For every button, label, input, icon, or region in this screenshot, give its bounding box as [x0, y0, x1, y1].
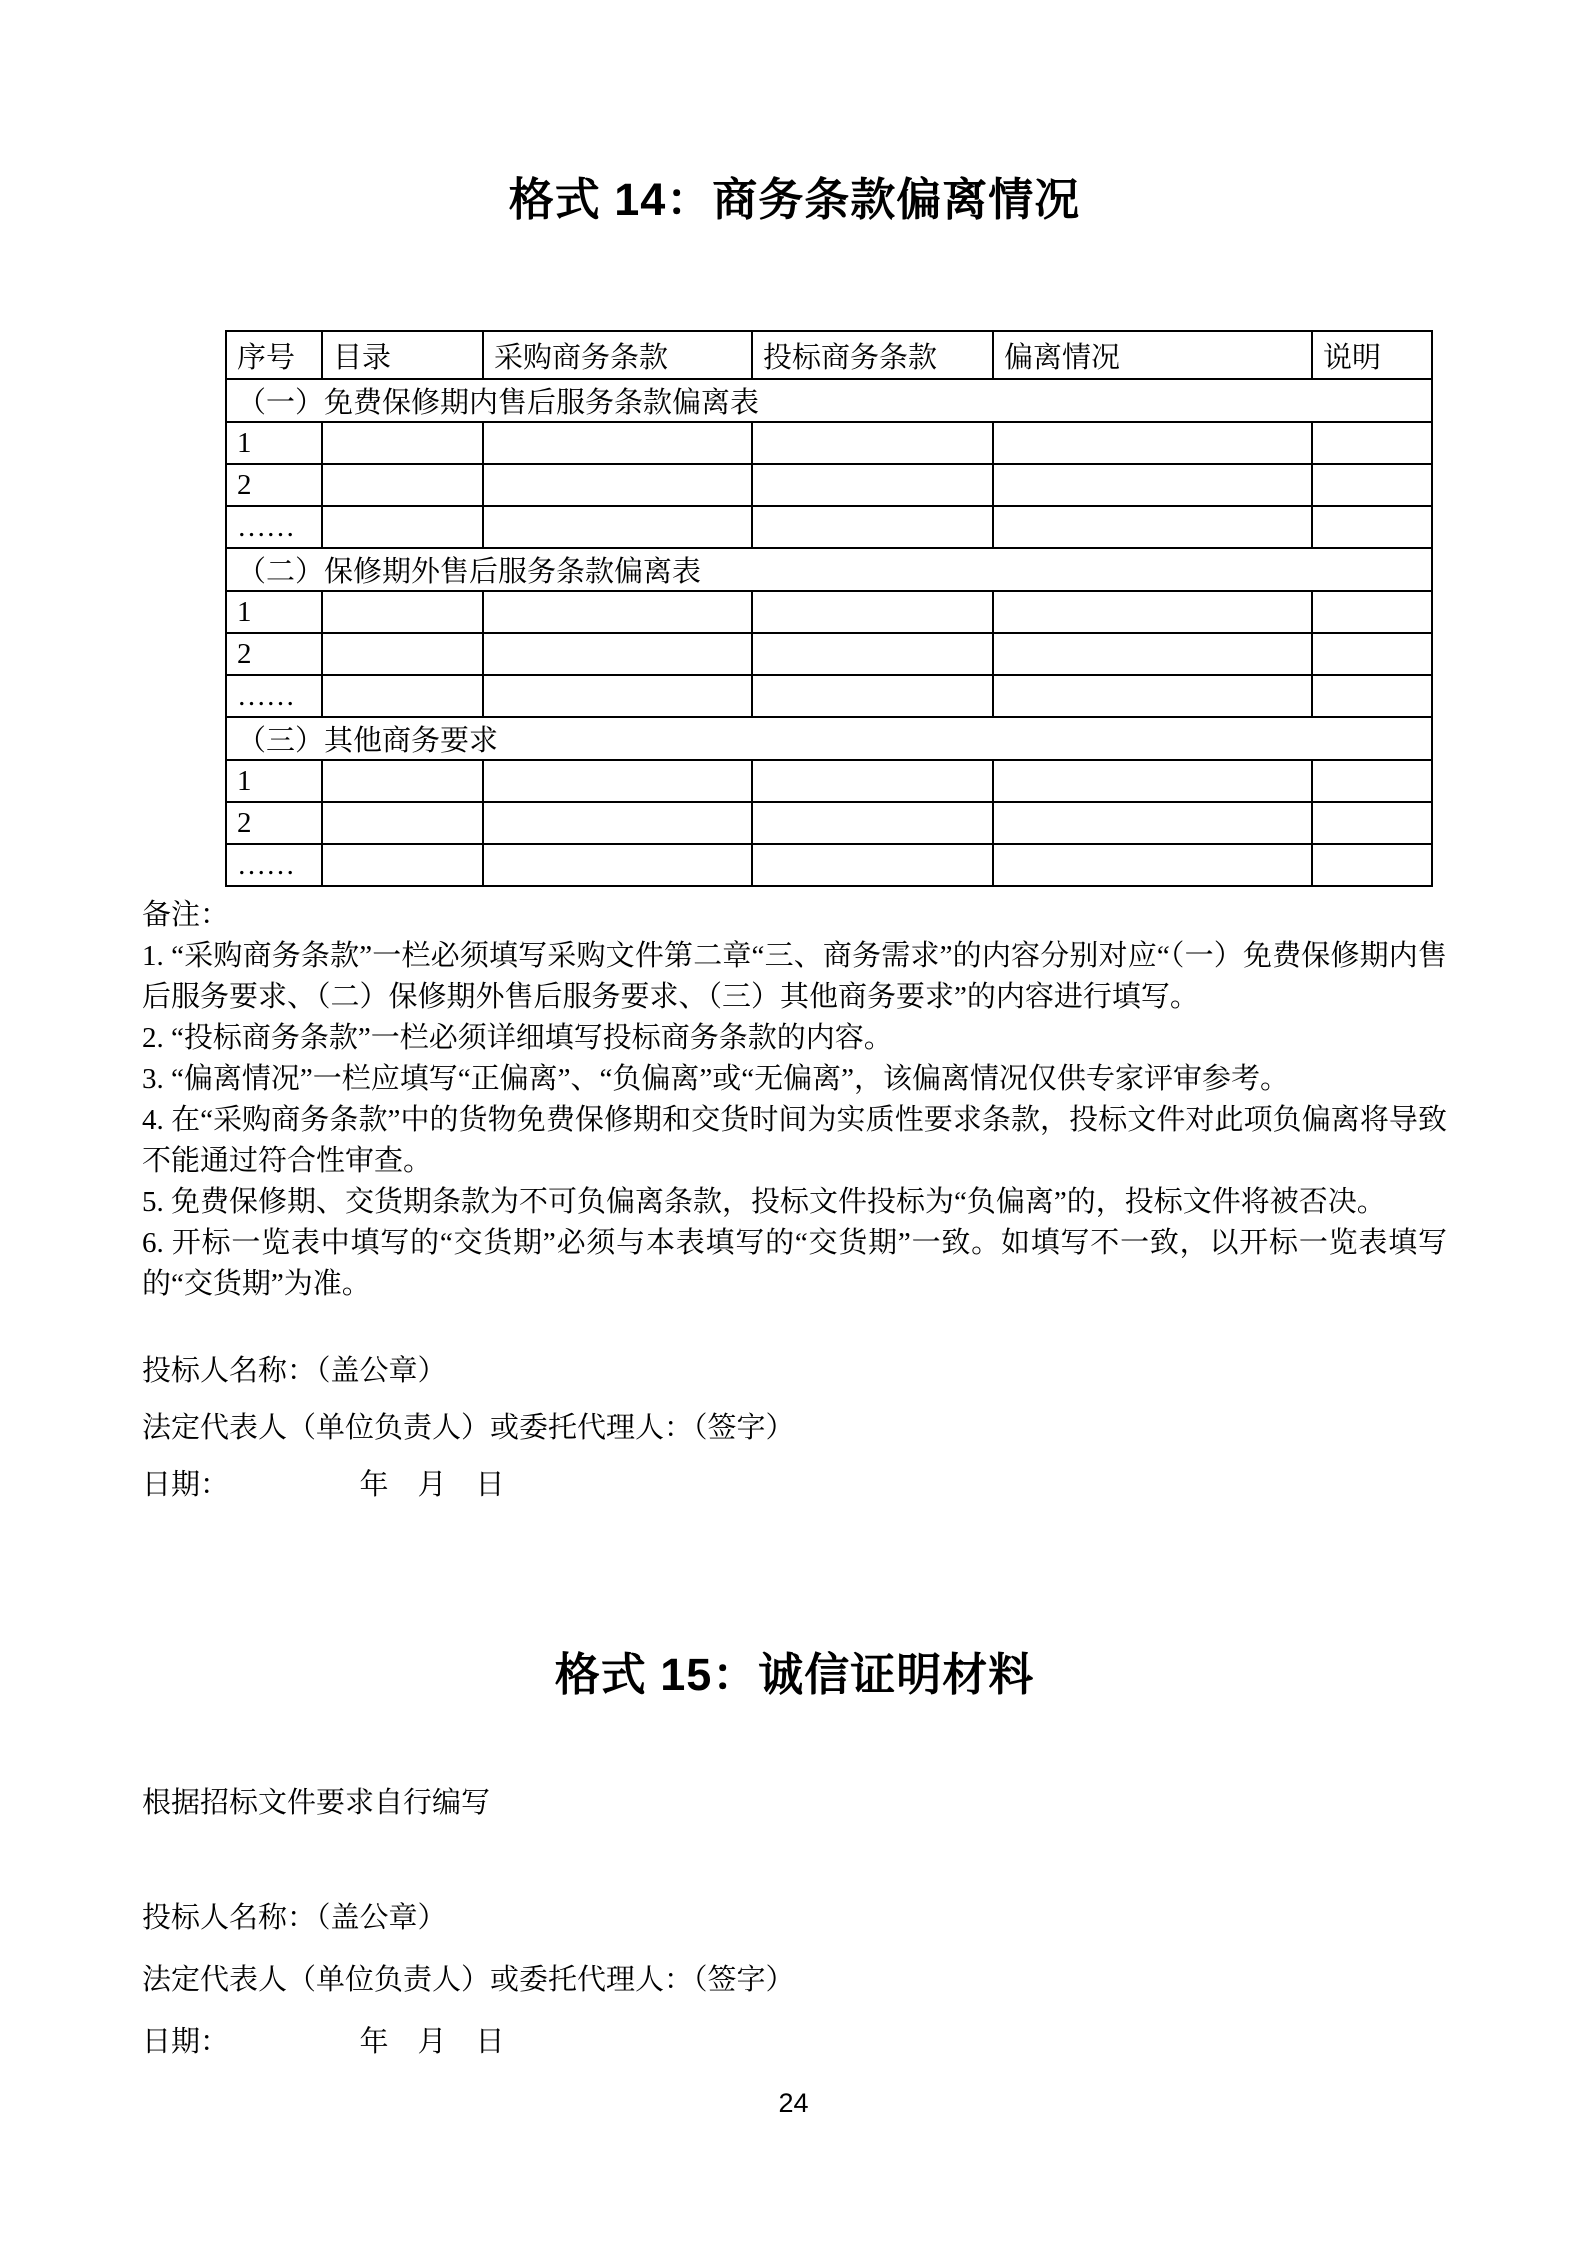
format14-title: 格式 14：商务条款偏离情况	[142, 172, 1447, 228]
empty-cell	[322, 506, 483, 548]
document-page: 格式 14：商务条款偏离情况 序号 目录 采购商务条款 投标商务条款 偏离情况 …	[0, 0, 1587, 2245]
empty-cell	[483, 844, 752, 886]
empty-cell	[752, 464, 993, 506]
format15-body-text: 根据招标文件要求自行编写	[142, 1783, 1447, 1824]
empty-cell	[322, 633, 483, 675]
empty-cell	[752, 760, 993, 802]
deviation-table: 序号 目录 采购商务条款 投标商务条款 偏离情况 说明 （一）免费保修期内售后服…	[225, 330, 1433, 887]
page-content: 格式 14：商务条款偏离情况 序号 目录 采购商务条款 投标商务条款 偏离情况 …	[0, 172, 1587, 2062]
empty-cell	[752, 802, 993, 844]
empty-cell	[483, 591, 752, 633]
note-item-6: 6. 开标一览表中填写的“交货期”必须与本表填写的“交货期”一致。如填写不一致，…	[142, 1223, 1447, 1305]
section-row: （一）免费保修期内售后服务条款偏离表	[226, 379, 1432, 422]
empty-cell	[483, 506, 752, 548]
empty-cell	[322, 802, 483, 844]
header-procurement-terms: 采购商务条款	[483, 331, 752, 379]
row-number-cell: 1	[226, 591, 322, 633]
empty-cell	[993, 506, 1312, 548]
empty-cell	[322, 464, 483, 506]
header-catalog: 目录	[322, 331, 483, 379]
row-number-cell: ……	[226, 844, 322, 886]
empty-cell	[752, 633, 993, 675]
header-bid-terms: 投标商务条款	[752, 331, 993, 379]
note-item-2: 2. “投标商务条款”一栏必须详细填写投标商务条款的内容。	[142, 1018, 1447, 1059]
table-row: 2	[226, 802, 1432, 844]
row-number-cell: 1	[226, 760, 322, 802]
note-item-5: 5. 免费保修期、交货期条款为不可负偏离条款，投标文件投标为“负偏离”的，投标文…	[142, 1182, 1447, 1223]
empty-cell	[752, 422, 993, 464]
empty-cell	[483, 464, 752, 506]
note-item-4: 4. 在“采购商务条款”中的货物免费保修期和交货时间为实质性要求条款，投标文件对…	[142, 1100, 1447, 1182]
empty-cell	[752, 506, 993, 548]
empty-cell	[993, 464, 1312, 506]
note-item-1: 1. “采购商务条款”一栏必须填写采购文件第二章“三、商务需求”的内容分别对应“…	[142, 936, 1447, 1018]
empty-cell	[322, 591, 483, 633]
empty-cell	[1312, 675, 1432, 717]
empty-cell	[752, 675, 993, 717]
notes-section: 备注： 1. “采购商务条款”一栏必须填写采购文件第二章“三、商务需求”的内容分…	[142, 895, 1447, 1305]
empty-cell	[322, 760, 483, 802]
empty-cell	[993, 633, 1312, 675]
table-row: ……	[226, 675, 1432, 717]
format15-title: 格式 15：诚信证明材料	[142, 1647, 1447, 1703]
notes-label: 备注：	[142, 895, 1447, 936]
page-number: 24	[0, 2088, 1587, 2119]
table-row: 1	[226, 591, 1432, 633]
empty-cell	[1312, 844, 1432, 886]
empty-cell	[1312, 760, 1432, 802]
empty-cell	[322, 844, 483, 886]
table-row: ……	[226, 506, 1432, 548]
empty-cell	[993, 844, 1312, 886]
empty-cell	[483, 422, 752, 464]
table-row: 1	[226, 760, 1432, 802]
empty-cell	[993, 591, 1312, 633]
empty-cell	[483, 760, 752, 802]
empty-cell	[1312, 802, 1432, 844]
table-header-row: 序号 目录 采购商务条款 投标商务条款 偏离情况 说明	[226, 331, 1432, 379]
empty-cell	[1312, 422, 1432, 464]
bidder-name-line: 投标人名称：（盖公章）	[142, 1898, 1447, 1938]
row-number-cell: ……	[226, 675, 322, 717]
row-number-cell: 2	[226, 464, 322, 506]
row-number-cell: 2	[226, 633, 322, 675]
format15-signature-block: 投标人名称：（盖公章） 法定代表人（单位负责人）或委托代理人：（签字） 日期： …	[142, 1898, 1447, 2062]
section-title: （一）免费保修期内售后服务条款偏离表	[226, 379, 1432, 422]
empty-cell	[752, 844, 993, 886]
note-item-3: 3. “偏离情况”一栏应填写“正偏离”、“负偏离”或“无偏离”，该偏离情况仅供专…	[142, 1059, 1447, 1100]
row-number-cell: 2	[226, 802, 322, 844]
row-number-cell: ……	[226, 506, 322, 548]
legal-representative-line: 法定代表人（单位负责人）或委托代理人：（签字）	[142, 1960, 1447, 2000]
section-title: （三）其他商务要求	[226, 717, 1432, 760]
legal-representative-line: 法定代表人（单位负责人）或委托代理人：（签字）	[142, 1408, 1447, 1448]
format14-signature-block: 投标人名称：（盖公章） 法定代表人（单位负责人）或委托代理人：（签字） 日期： …	[142, 1351, 1447, 1505]
empty-cell	[322, 675, 483, 717]
header-deviation: 偏离情况	[993, 331, 1312, 379]
empty-cell	[993, 760, 1312, 802]
empty-cell	[1312, 591, 1432, 633]
table-row: ……	[226, 844, 1432, 886]
bidder-name-line: 投标人名称：（盖公章）	[142, 1351, 1447, 1391]
table-row: 2	[226, 464, 1432, 506]
section-row: （二）保修期外售后服务条款偏离表	[226, 548, 1432, 591]
row-number-cell: 1	[226, 422, 322, 464]
empty-cell	[483, 633, 752, 675]
date-line: 日期： 年 月 日	[142, 2022, 1447, 2062]
empty-cell	[993, 422, 1312, 464]
header-seq: 序号	[226, 331, 322, 379]
empty-cell	[1312, 633, 1432, 675]
section-row: （三）其他商务要求	[226, 717, 1432, 760]
table-row: 2	[226, 633, 1432, 675]
empty-cell	[1312, 506, 1432, 548]
section-title: （二）保修期外售后服务条款偏离表	[226, 548, 1432, 591]
empty-cell	[483, 675, 752, 717]
empty-cell	[993, 675, 1312, 717]
empty-cell	[752, 591, 993, 633]
header-remark: 说明	[1312, 331, 1432, 379]
table-row: 1	[226, 422, 1432, 464]
empty-cell	[483, 802, 752, 844]
empty-cell	[322, 422, 483, 464]
empty-cell	[993, 802, 1312, 844]
date-line: 日期： 年 月 日	[142, 1465, 1447, 1505]
empty-cell	[1312, 464, 1432, 506]
